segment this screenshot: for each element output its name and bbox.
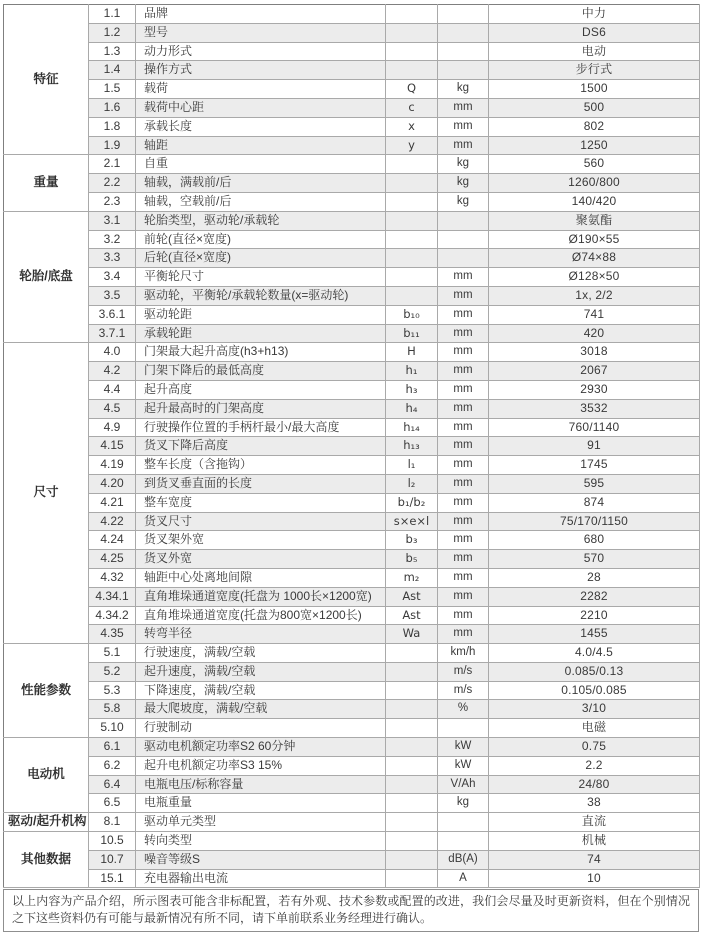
row-unit-cell: mm: [438, 268, 489, 287]
row-description-cell: 到货叉垂直面的长度: [136, 474, 386, 493]
row-number-cell: 3.7.1: [89, 324, 136, 343]
row-symbol-cell: b₁/b₂: [386, 493, 438, 512]
row-description-cell: 货叉架外宽: [136, 531, 386, 550]
row-symbol-cell: [386, 794, 438, 813]
row-value-cell: 1260/800: [489, 174, 700, 193]
row-value-cell: 电动: [489, 42, 700, 61]
row-value-cell: Ø74×88: [489, 249, 700, 268]
row-description-cell: 承载轮距: [136, 324, 386, 343]
table-row: 6.2起升电机额定功率S3 15%kW2.2: [4, 756, 700, 775]
row-unit-cell: mm: [438, 606, 489, 625]
row-unit-cell: kg: [438, 155, 489, 174]
row-symbol-cell: [386, 756, 438, 775]
row-value-cell: 560: [489, 155, 700, 174]
row-unit-cell: mm: [438, 474, 489, 493]
row-symbol-cell: [386, 813, 438, 832]
row-symbol-cell: Wa: [386, 625, 438, 644]
row-symbol-cell: [386, 192, 438, 211]
row-description-cell: 电瓶重量: [136, 794, 386, 813]
row-value-cell: 直流: [489, 813, 700, 832]
row-description-cell: 起升电机额定功率S3 15%: [136, 756, 386, 775]
row-number-cell: 3.2: [89, 230, 136, 249]
row-number-cell: 1.8: [89, 117, 136, 136]
row-unit-cell: kg: [438, 794, 489, 813]
row-number-cell: 3.5: [89, 286, 136, 305]
row-value-cell: 2067: [489, 362, 700, 381]
category-cell: 特征: [4, 5, 89, 155]
category-cell: 尺寸: [4, 343, 89, 644]
row-description-cell: 最大爬坡度，满载/空载: [136, 700, 386, 719]
row-unit-cell: mm: [438, 286, 489, 305]
row-description-cell: 货叉外宽: [136, 550, 386, 569]
row-description-cell: 直角堆垛通道宽度(托盘为 1000长×1200宽): [136, 587, 386, 606]
row-description-cell: 电瓶电压/标称容量: [136, 775, 386, 794]
table-row: 4.2门架下降后的最低高度h₁mm2067: [4, 362, 700, 381]
row-description-cell: 充电器输出电流: [136, 869, 386, 888]
row-symbol-cell: [386, 23, 438, 42]
row-symbol-cell: [386, 211, 438, 230]
row-unit-cell: m/s: [438, 681, 489, 700]
row-symbol-cell: [386, 775, 438, 794]
row-description-cell: 起升最高时的门架高度: [136, 399, 386, 418]
row-description-cell: 驱动轮，平衡轮/承载轮数量(x=驱动轮): [136, 286, 386, 305]
row-number-cell: 6.5: [89, 794, 136, 813]
row-value-cell: 570: [489, 550, 700, 569]
row-number-cell: 2.1: [89, 155, 136, 174]
table-row: 5.10行驶制动电磁: [4, 719, 700, 738]
row-description-cell: 转向类型: [136, 832, 386, 851]
table-row: 3.4平衡轮尺寸mmØ128×50: [4, 268, 700, 287]
table-row: 4.35转弯半径Wamm1455: [4, 625, 700, 644]
table-row: 3.7.1承载轮距b₁₁mm420: [4, 324, 700, 343]
table-row: 4.5起升最高时的门架高度h₄mm3532: [4, 399, 700, 418]
row-number-cell: 5.2: [89, 662, 136, 681]
row-symbol-cell: [386, 174, 438, 193]
row-description-cell: 噪音等级S: [136, 850, 386, 869]
row-description-cell: 行驶操作位置的手柄杆最小/最大高度: [136, 418, 386, 437]
row-description-cell: 门架下降后的最低高度: [136, 362, 386, 381]
row-value-cell: Ø128×50: [489, 268, 700, 287]
row-symbol-cell: [386, 869, 438, 888]
row-unit-cell: kW: [438, 756, 489, 775]
row-symbol-cell: [386, 719, 438, 738]
row-symbol-cell: h₄: [386, 399, 438, 418]
row-value-cell: 4.0/4.5: [489, 644, 700, 663]
category-cell: 电动机: [4, 738, 89, 813]
spec-sheet-page: 特征1.1品牌中力1.2型号DS61.3动力形式电动1.4操作方式步行式1.5载…: [0, 0, 702, 932]
row-value-cell: 中力: [489, 5, 700, 24]
row-number-cell: 1.4: [89, 61, 136, 80]
row-description-cell: 直角堆垛通道宽度(托盘为800宽×1200长): [136, 606, 386, 625]
row-value-cell: 3/10: [489, 700, 700, 719]
row-value-cell: 874: [489, 493, 700, 512]
row-value-cell: 28: [489, 568, 700, 587]
row-number-cell: 2.3: [89, 192, 136, 211]
row-description-cell: 轴载，空载前/后: [136, 192, 386, 211]
row-number-cell: 5.3: [89, 681, 136, 700]
row-unit-cell: [438, 42, 489, 61]
row-number-cell: 6.4: [89, 775, 136, 794]
row-description-cell: 转弯半径: [136, 625, 386, 644]
category-cell: 性能参数: [4, 644, 89, 738]
row-unit-cell: mm: [438, 531, 489, 550]
row-number-cell: 4.24: [89, 531, 136, 550]
row-description-cell: 驱动轮距: [136, 305, 386, 324]
row-unit-cell: mm: [438, 456, 489, 475]
row-unit-cell: mm: [438, 625, 489, 644]
table-row: 4.4起升高度h₃mm2930: [4, 380, 700, 399]
row-symbol-cell: Ast: [386, 587, 438, 606]
row-number-cell: 6.1: [89, 738, 136, 757]
row-symbol-cell: H: [386, 343, 438, 362]
row-value-cell: 75/170/1150: [489, 512, 700, 531]
row-unit-cell: mm: [438, 136, 489, 155]
row-unit-cell: mm: [438, 324, 489, 343]
table-row: 6.5电瓶重量kg38: [4, 794, 700, 813]
table-row: 1.8承载长度xmm802: [4, 117, 700, 136]
row-value-cell: 2282: [489, 587, 700, 606]
row-number-cell: 1.2: [89, 23, 136, 42]
table-row: 1.3动力形式电动: [4, 42, 700, 61]
table-row: 4.19整车长度（含拖钩）l₁mm1745: [4, 456, 700, 475]
table-row: 1.5载荷Qkg1500: [4, 80, 700, 99]
row-description-cell: 平衡轮尺寸: [136, 268, 386, 287]
row-number-cell: 4.34.1: [89, 587, 136, 606]
row-description-cell: 货叉下降后高度: [136, 437, 386, 456]
row-symbol-cell: [386, 230, 438, 249]
row-symbol-cell: [386, 155, 438, 174]
row-number-cell: 4.35: [89, 625, 136, 644]
table-row: 15.1充电器输出电流A10: [4, 869, 700, 888]
row-unit-cell: [438, 61, 489, 80]
row-value-cell: DS6: [489, 23, 700, 42]
row-description-cell: 货叉尺寸: [136, 512, 386, 531]
row-number-cell: 4.9: [89, 418, 136, 437]
row-symbol-cell: [386, 61, 438, 80]
row-value-cell: 0.75: [489, 738, 700, 757]
row-unit-cell: mm: [438, 587, 489, 606]
table-row: 重量2.1自重kg560: [4, 155, 700, 174]
row-symbol-cell: c: [386, 98, 438, 117]
row-unit-cell: mm: [438, 550, 489, 569]
row-description-cell: 下降速度，满载/空载: [136, 681, 386, 700]
row-description-cell: 驱动电机额定功率S2 60分钟: [136, 738, 386, 757]
row-description-cell: 载荷中心距: [136, 98, 386, 117]
table-row: 3.2前轮(直径×宽度)Ø190×55: [4, 230, 700, 249]
table-row: 4.24货叉架外宽b₃mm680: [4, 531, 700, 550]
table-row: 1.9轴距ymm1250: [4, 136, 700, 155]
row-description-cell: 轮胎类型，驱动轮/承载轮: [136, 211, 386, 230]
row-description-cell: 操作方式: [136, 61, 386, 80]
row-symbol-cell: [386, 249, 438, 268]
row-description-cell: 驱动单元类型: [136, 813, 386, 832]
table-row: 3.6.1驱动轮距b₁₀mm741: [4, 305, 700, 324]
row-description-cell: 后轮(直径×宽度): [136, 249, 386, 268]
row-number-cell: 3.1: [89, 211, 136, 230]
row-value-cell: 74: [489, 850, 700, 869]
row-number-cell: 4.2: [89, 362, 136, 381]
row-description-cell: 动力形式: [136, 42, 386, 61]
row-value-cell: 140/420: [489, 192, 700, 211]
table-row: 4.21整车宽度b₁/b₂mm874: [4, 493, 700, 512]
row-symbol-cell: b₁₀: [386, 305, 438, 324]
row-unit-cell: mm: [438, 437, 489, 456]
row-unit-cell: mm: [438, 380, 489, 399]
row-symbol-cell: [386, 5, 438, 24]
row-unit-cell: mm: [438, 568, 489, 587]
row-unit-cell: A: [438, 869, 489, 888]
row-value-cell: 1455: [489, 625, 700, 644]
row-number-cell: 10.7: [89, 850, 136, 869]
row-description-cell: 载荷: [136, 80, 386, 99]
row-description-cell: 轴距: [136, 136, 386, 155]
row-description-cell: 型号: [136, 23, 386, 42]
row-unit-cell: dB(A): [438, 850, 489, 869]
row-number-cell: 6.2: [89, 756, 136, 775]
table-row: 4.25货叉外宽b₅mm570: [4, 550, 700, 569]
row-symbol-cell: h₁₄: [386, 418, 438, 437]
row-unit-cell: [438, 5, 489, 24]
spec-table-body: 特征1.1品牌中力1.2型号DS61.3动力形式电动1.4操作方式步行式1.5载…: [4, 5, 700, 888]
row-value-cell: Ø190×55: [489, 230, 700, 249]
row-number-cell: 5.10: [89, 719, 136, 738]
row-value-cell: 2930: [489, 380, 700, 399]
category-cell: 轮胎/底盘: [4, 211, 89, 343]
row-value-cell: 680: [489, 531, 700, 550]
row-symbol-cell: [386, 662, 438, 681]
row-unit-cell: V/Ah: [438, 775, 489, 794]
row-symbol-cell: x: [386, 117, 438, 136]
row-symbol-cell: m₂: [386, 568, 438, 587]
row-unit-cell: kg: [438, 174, 489, 193]
table-row: 4.20到货叉垂直面的长度l₂mm595: [4, 474, 700, 493]
row-number-cell: 15.1: [89, 869, 136, 888]
row-number-cell: 1.9: [89, 136, 136, 155]
table-row: 5.2起升速度，满载/空载m/s0.085/0.13: [4, 662, 700, 681]
row-unit-cell: [438, 211, 489, 230]
row-number-cell: 4.22: [89, 512, 136, 531]
row-number-cell: 1.3: [89, 42, 136, 61]
row-description-cell: 轴载，满载前/后: [136, 174, 386, 193]
table-row: 3.5驱动轮，平衡轮/承载轮数量(x=驱动轮)mm1x, 2/2: [4, 286, 700, 305]
row-symbol-cell: [386, 850, 438, 869]
table-row: 1.4操作方式步行式: [4, 61, 700, 80]
row-number-cell: 4.4: [89, 380, 136, 399]
row-symbol-cell: y: [386, 136, 438, 155]
row-value-cell: 3532: [489, 399, 700, 418]
row-number-cell: 8.1: [89, 813, 136, 832]
table-row: 5.3下降速度，满载/空载m/s0.105/0.085: [4, 681, 700, 700]
row-value-cell: 500: [489, 98, 700, 117]
row-unit-cell: [438, 249, 489, 268]
row-value-cell: 聚氨酯: [489, 211, 700, 230]
row-unit-cell: mm: [438, 362, 489, 381]
row-description-cell: 整车宽度: [136, 493, 386, 512]
row-value-cell: 3018: [489, 343, 700, 362]
row-unit-cell: kg: [438, 80, 489, 99]
row-description-cell: 前轮(直径×宽度): [136, 230, 386, 249]
table-row: 其他数据10.5转向类型机械: [4, 832, 700, 851]
row-number-cell: 1.5: [89, 80, 136, 99]
row-value-cell: 595: [489, 474, 700, 493]
row-unit-cell: mm: [438, 117, 489, 136]
row-number-cell: 3.3: [89, 249, 136, 268]
row-unit-cell: [438, 23, 489, 42]
row-description-cell: 起升高度: [136, 380, 386, 399]
table-row: 2.2轴载，满载前/后kg1260/800: [4, 174, 700, 193]
row-number-cell: 4.19: [89, 456, 136, 475]
row-value-cell: 步行式: [489, 61, 700, 80]
table-row: 6.4电瓶电压/标称容量V/Ah24/80: [4, 775, 700, 794]
row-number-cell: 4.0: [89, 343, 136, 362]
category-cell: 其他数据: [4, 832, 89, 888]
row-number-cell: 4.20: [89, 474, 136, 493]
row-unit-cell: kW: [438, 738, 489, 757]
table-row: 性能参数5.1行驶速度，满载/空载km/h4.0/4.5: [4, 644, 700, 663]
row-value-cell: 机械: [489, 832, 700, 851]
table-row: 1.6载荷中心距cmm500: [4, 98, 700, 117]
table-row: 4.34.1直角堆垛通道宽度(托盘为 1000长×1200宽)Astmm2282: [4, 587, 700, 606]
row-symbol-cell: l₁: [386, 456, 438, 475]
row-number-cell: 4.5: [89, 399, 136, 418]
row-value-cell: 802: [489, 117, 700, 136]
row-value-cell: 1500: [489, 80, 700, 99]
row-symbol-cell: b₃: [386, 531, 438, 550]
table-row: 4.15货叉下降后高度h₁₃mm91: [4, 437, 700, 456]
row-symbol-cell: [386, 286, 438, 305]
row-unit-cell: [438, 719, 489, 738]
row-number-cell: 1.1: [89, 5, 136, 24]
table-row: 尺寸4.0门架最大起升高度(h3+h13)Hmm3018: [4, 343, 700, 362]
row-description-cell: 行驶制动: [136, 719, 386, 738]
row-number-cell: 2.2: [89, 174, 136, 193]
table-row: 3.3后轮(直径×宽度)Ø74×88: [4, 249, 700, 268]
row-symbol-cell: [386, 700, 438, 719]
row-number-cell: 4.25: [89, 550, 136, 569]
row-unit-cell: kg: [438, 192, 489, 211]
row-description-cell: 自重: [136, 155, 386, 174]
row-description-cell: 行驶速度，满载/空载: [136, 644, 386, 663]
row-value-cell: 0.105/0.085: [489, 681, 700, 700]
row-unit-cell: mm: [438, 418, 489, 437]
row-value-cell: 91: [489, 437, 700, 456]
category-cell: 重量: [4, 155, 89, 211]
row-symbol-cell: l₂: [386, 474, 438, 493]
row-symbol-cell: [386, 268, 438, 287]
row-symbol-cell: b₅: [386, 550, 438, 569]
category-cell: 驱动/起升机构: [4, 813, 89, 832]
row-unit-cell: %: [438, 700, 489, 719]
row-number-cell: 5.8: [89, 700, 136, 719]
row-value-cell: 741: [489, 305, 700, 324]
table-row: 电动机6.1驱动电机额定功率S2 60分钟kW0.75: [4, 738, 700, 757]
row-unit-cell: mm: [438, 399, 489, 418]
row-number-cell: 4.21: [89, 493, 136, 512]
table-row: 驱动/起升机构8.1驱动单元类型直流: [4, 813, 700, 832]
row-value-cell: 2.2: [489, 756, 700, 775]
row-unit-cell: [438, 230, 489, 249]
row-symbol-cell: b₁₁: [386, 324, 438, 343]
table-row: 10.7噪音等级SdB(A)74: [4, 850, 700, 869]
table-row: 5.8最大爬坡度，满载/空载%3/10: [4, 700, 700, 719]
row-value-cell: 38: [489, 794, 700, 813]
row-symbol-cell: h₁₃: [386, 437, 438, 456]
row-symbol-cell: h₃: [386, 380, 438, 399]
row-value-cell: 760/1140: [489, 418, 700, 437]
row-symbol-cell: s×e×l: [386, 512, 438, 531]
row-description-cell: 承载长度: [136, 117, 386, 136]
row-description-cell: 门架最大起升高度(h3+h13): [136, 343, 386, 362]
row-symbol-cell: Q: [386, 80, 438, 99]
row-symbol-cell: h₁: [386, 362, 438, 381]
table-row: 2.3轴载，空载前/后kg140/420: [4, 192, 700, 211]
table-row: 4.34.2直角堆垛通道宽度(托盘为800宽×1200长)Astmm2210: [4, 606, 700, 625]
row-unit-cell: m/s: [438, 662, 489, 681]
row-unit-cell: mm: [438, 305, 489, 324]
row-unit-cell: mm: [438, 343, 489, 362]
row-value-cell: 1250: [489, 136, 700, 155]
row-symbol-cell: [386, 644, 438, 663]
row-symbol-cell: [386, 681, 438, 700]
table-row: 4.32轴距中心处离地间隙m₂mm28: [4, 568, 700, 587]
row-symbol-cell: [386, 738, 438, 757]
row-number-cell: 1.6: [89, 98, 136, 117]
row-symbol-cell: [386, 832, 438, 851]
row-description-cell: 品牌: [136, 5, 386, 24]
table-row: 轮胎/底盘3.1轮胎类型，驱动轮/承载轮聚氨酯: [4, 211, 700, 230]
row-unit-cell: [438, 813, 489, 832]
row-number-cell: 4.34.2: [89, 606, 136, 625]
spec-table: 特征1.1品牌中力1.2型号DS61.3动力形式电动1.4操作方式步行式1.5载…: [3, 4, 700, 888]
row-value-cell: 电磁: [489, 719, 700, 738]
row-value-cell: 24/80: [489, 775, 700, 794]
table-row: 特征1.1品牌中力: [4, 5, 700, 24]
table-row: 1.2型号DS6: [4, 23, 700, 42]
row-unit-cell: [438, 832, 489, 851]
row-unit-cell: mm: [438, 493, 489, 512]
row-value-cell: 10: [489, 869, 700, 888]
row-number-cell: 4.32: [89, 568, 136, 587]
row-unit-cell: km/h: [438, 644, 489, 663]
row-value-cell: 420: [489, 324, 700, 343]
disclaimer-text: 以上内容为产品介绍，所示图表可能含非标配置，若有外观、技术参数或配置的改进，我们…: [3, 889, 699, 932]
row-number-cell: 5.1: [89, 644, 136, 663]
row-unit-cell: mm: [438, 98, 489, 117]
row-number-cell: 3.6.1: [89, 305, 136, 324]
row-symbol-cell: [386, 42, 438, 61]
row-symbol-cell: Ast: [386, 606, 438, 625]
row-number-cell: 3.4: [89, 268, 136, 287]
row-value-cell: 1745: [489, 456, 700, 475]
row-value-cell: 0.085/0.13: [489, 662, 700, 681]
table-row: 4.22货叉尺寸s×e×lmm75/170/1150: [4, 512, 700, 531]
row-description-cell: 整车长度（含拖钩）: [136, 456, 386, 475]
row-description-cell: 轴距中心处离地间隙: [136, 568, 386, 587]
row-unit-cell: mm: [438, 512, 489, 531]
row-number-cell: 10.5: [89, 832, 136, 851]
row-value-cell: 1x, 2/2: [489, 286, 700, 305]
table-row: 4.9行驶操作位置的手柄杆最小/最大高度h₁₄mm760/1140: [4, 418, 700, 437]
row-description-cell: 起升速度，满载/空载: [136, 662, 386, 681]
row-value-cell: 2210: [489, 606, 700, 625]
row-number-cell: 4.15: [89, 437, 136, 456]
